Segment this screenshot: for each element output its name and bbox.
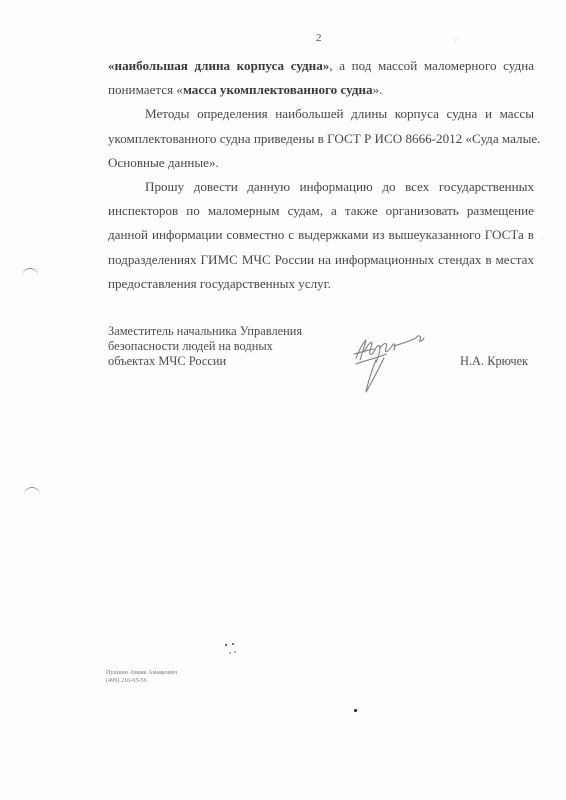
- paragraph: Прошу довести данную информацию до всех …: [108, 175, 534, 296]
- text-line: подразделениях ГИМС МЧС России на информ…: [108, 248, 534, 272]
- handwritten-signature-icon: [350, 330, 430, 400]
- position-line: безопасности людей на водных: [108, 339, 302, 354]
- text-fragment: ».: [373, 82, 383, 97]
- punch-hole-mark: [22, 268, 38, 285]
- position-line: объектах МЧС России: [108, 354, 302, 369]
- executor-phone: (499) 216-65-56: [106, 677, 177, 685]
- text-fragment: , а под массой маломерного судна: [329, 58, 534, 73]
- text-line: Основные данные».: [108, 151, 534, 175]
- text-fragment: понимается «: [108, 82, 183, 97]
- paragraph: Методы определения наибольшей длины корп…: [108, 102, 534, 175]
- bold-term: масса укомплектованного судна: [183, 82, 373, 97]
- scan-artifact: ˑ˒ˑ: [452, 36, 459, 45]
- text-line: укомплектованного судна приведены в ГОСТ…: [108, 127, 534, 151]
- scan-artifact: ˙˙: [540, 236, 545, 245]
- document-page: 2 ˑ˒ˑ ˙˙ «наибольшая длина корпуса судна…: [0, 0, 566, 800]
- punch-hole-mark: [24, 487, 40, 504]
- signatory-position: Заместитель начальника Управления безопа…: [108, 324, 302, 368]
- paragraph: «наибольшая длина корпуса судна», а под …: [108, 54, 534, 102]
- scan-artifact: [354, 709, 357, 712]
- text-line: предоставления государственных услуг.: [108, 272, 534, 296]
- executor-contact: Пушкин Амаяк Амаякович (499) 216-65-56: [106, 669, 177, 684]
- text-line: данной информации совместно с выдержками…: [108, 223, 534, 247]
- signer-name: Н.А. Крючек: [460, 354, 528, 369]
- text-line: Методы определения наибольшей длины корп…: [108, 102, 534, 126]
- scan-artifact: [224, 642, 244, 658]
- position-line: Заместитель начальника Управления: [108, 324, 302, 339]
- text-line: Прошу довести данную информацию до всех …: [108, 175, 534, 199]
- bold-term: «наибольшая длина корпуса судна»: [108, 58, 329, 73]
- letter-body: «наибольшая длина корпуса судна», а под …: [108, 54, 534, 296]
- text-line: инспекторов по маломерным судам, а также…: [108, 199, 534, 223]
- page-number: 2: [316, 32, 322, 44]
- text-line: «наибольшая длина корпуса судна», а под …: [108, 54, 534, 78]
- executor-name: Пушкин Амаяк Амаякович: [106, 669, 177, 677]
- text-line: понимается «масса укомплектованного судн…: [108, 78, 534, 102]
